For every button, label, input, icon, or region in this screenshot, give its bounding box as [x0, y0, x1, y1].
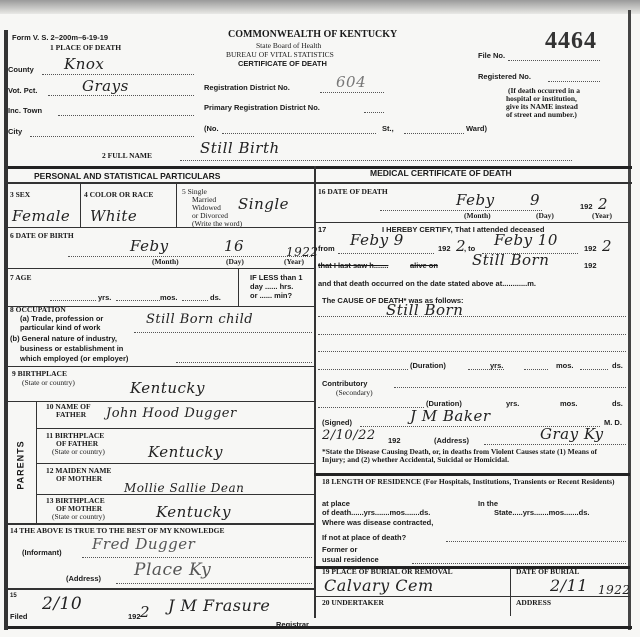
mother-name-label-2: OF MOTHER: [56, 475, 102, 483]
physician-address-label: (Address): [434, 437, 469, 445]
secondary-label: (Secondary): [336, 389, 373, 397]
father-name-label-2: FATHER: [56, 411, 86, 419]
to-year-prefix: 192: [584, 245, 597, 253]
father-birthplace-label-3: (State or country): [52, 448, 105, 456]
parents-label: PARENTS: [16, 440, 26, 489]
dod-year-prefix: 192: [580, 203, 593, 211]
scan-edge: [0, 0, 640, 14]
alive-on-label: alive on: [410, 262, 438, 270]
of-death-duration: of death......yrs.......mos.......ds.: [322, 509, 430, 517]
age-label: 7 AGE: [10, 274, 31, 282]
burial-date-value: 2/11: [550, 578, 588, 594]
occupation-b-label: (b) General nature of industry,: [10, 335, 117, 343]
filed-year-suffix: 2: [140, 604, 150, 620]
birthplace-label: 9 BIRTHPLACE: [12, 370, 67, 378]
from-date: Feby 9: [350, 232, 404, 248]
age-mos-label: mos.: [160, 294, 178, 302]
burial-place-label: 19 PLACE OF BURIAL OR REMOVAL: [322, 568, 453, 576]
burial-date-label: DATE OF BURIAL: [516, 568, 579, 576]
date-of-death-label: 16 DATE OF DEATH: [318, 188, 388, 196]
to-date: Feby 10: [494, 232, 558, 248]
undertaker-address-label: ADDRESS: [516, 599, 551, 607]
sex-label: 3 SEX: [10, 191, 30, 199]
birthplace-sub: (State or country): [22, 379, 75, 387]
to-year-suffix: 2: [602, 238, 612, 254]
filed-label: Filed: [10, 613, 28, 621]
dod-year-suffix: 2: [598, 196, 608, 212]
street-no-label: (No.: [204, 125, 219, 133]
alive-on-value: Still Born: [472, 252, 549, 268]
in-the-label: In the: [478, 500, 498, 508]
cause-footnote: *State the Disease Causing Death, or, in…: [322, 448, 622, 464]
alive-year-prefix: 192: [584, 262, 597, 270]
occupation-value: Still Born child: [146, 312, 253, 328]
registration-district-value: 604: [336, 74, 366, 90]
signed-year-prefix: 192: [388, 437, 401, 445]
mother-birthplace-label-3: (State or country): [52, 513, 105, 521]
md-label: M. D.: [604, 419, 622, 427]
from-year-prefix: 192: [438, 245, 451, 253]
former-label: Former or: [322, 546, 357, 554]
race-label: 4 COLOR OR RACE: [84, 191, 153, 199]
age-ds-label: ds.: [210, 294, 221, 302]
personal-section-heading: PERSONAL AND STATISTICAL PARTICULARS: [34, 171, 220, 181]
county-label: County: [8, 66, 34, 74]
father-name-value: John Hood Dugger: [106, 406, 237, 422]
dod-year-caption: (Year): [592, 212, 612, 220]
sex-value: Female: [12, 208, 70, 224]
occupation-a-label-2: particular kind of work: [20, 324, 100, 332]
burial-place-value: Calvary Cem: [324, 578, 434, 594]
full-name-label: 2 FULL NAME: [102, 152, 152, 160]
certificate-title: CERTIFICATE OF DEATH: [238, 60, 327, 68]
dob-month: Feby: [130, 238, 169, 254]
dob-month-caption: (Month): [152, 258, 179, 266]
contributory-yrs-label: yrs.: [506, 400, 519, 408]
contributory-ds-label: ds.: [612, 400, 623, 408]
street-label: St.,: [382, 125, 394, 133]
file-no-label: File No.: [478, 52, 505, 60]
occupation-b-label-3: which employed (or employer): [20, 355, 128, 363]
mother-birthplace-value: Kentucky: [156, 504, 231, 520]
registered-no-label: Registered No.: [478, 73, 531, 81]
bureau-name: BUREAU OF VITAL STATISTICS: [226, 51, 334, 59]
occupation-b-label-2: business or establishment in: [20, 345, 123, 353]
physician-address: Gray Ky: [540, 426, 604, 442]
duration-mos-label: mos.: [556, 362, 574, 370]
primary-registration-label: Primary Registration District No.: [204, 104, 320, 112]
form-id: Form V. S. 2–200m–6-19-19: [12, 34, 108, 42]
dod-month-caption: (Month): [464, 212, 491, 220]
contributory-label: Contributory: [322, 380, 367, 388]
vot-pct-value: Grays: [82, 78, 129, 94]
registrar-signature: J M Frasure: [168, 598, 270, 614]
occupation-a-label: (a) Trade, profession or: [20, 315, 103, 323]
filed-date: 2/10: [42, 596, 82, 612]
occurred-text: and that death occurred on the date stat…: [318, 280, 536, 288]
from-label: from: [318, 245, 335, 253]
father-birthplace-value: Kentucky: [148, 444, 223, 460]
form-title: COMMONWEALTH OF KENTUCKY: [228, 30, 397, 40]
dob-day-caption: (Day): [226, 258, 244, 266]
duration-label: (Duration): [410, 362, 446, 370]
registration-district-label: Registration District No.: [204, 84, 290, 92]
signed-date: 2/10/22: [322, 428, 376, 444]
scan-border-left: [4, 30, 8, 630]
county-value: Knox: [64, 56, 104, 72]
informant-address-label: (Address): [66, 575, 101, 583]
dod-day-caption: (Day): [536, 212, 554, 220]
ward-label: Ward): [466, 125, 487, 133]
race-value: White: [90, 208, 137, 224]
dod-day: 9: [530, 192, 540, 208]
inc-town-label: Inc. Town: [8, 107, 42, 115]
medical-section-heading: MEDICAL CERTIFICATE OF DEATH: [370, 168, 512, 178]
if-less-label: IF LESS than 1: [250, 274, 303, 282]
place-of-death-heading: 1 PLACE OF DEATH: [50, 44, 121, 52]
birthplace-value: Kentucky: [130, 380, 205, 396]
death-certificate: Form V. S. 2–200m–6-19-19 1 PLACE OF DEA…: [0, 0, 640, 637]
occupation-label: 8 OCCUPATION: [10, 306, 66, 314]
hospital-note-4: of street and number.): [506, 111, 577, 119]
certify-number: 17: [318, 226, 326, 234]
physician-signature: J M Baker: [410, 408, 491, 424]
undertaker-label: 20 UNDERTAKER: [322, 599, 384, 607]
marital-value: Single: [238, 196, 289, 212]
full-name-value: Still Birth: [200, 140, 280, 156]
scan-border-right: [628, 10, 631, 630]
signed-label: (Signed): [322, 419, 352, 427]
filed-number: 15: [10, 592, 17, 600]
board-name: State Board of Health: [256, 42, 321, 50]
residence-heading: 18 LENGTH OF RESIDENCE (For Hospitals, I…: [322, 477, 624, 486]
at-place-label: at place: [322, 500, 350, 508]
last-saw-label: that I last saw h.......: [318, 262, 388, 270]
informant-address-value: Place Ky: [134, 562, 211, 578]
day-hrs-label: day ...... hrs.: [250, 283, 293, 291]
duration-yrs-label: yrs.: [490, 362, 503, 370]
vot-pct-label: Vot. Pct.: [8, 87, 37, 95]
dob-label: 6 DATE OF BIRTH: [10, 232, 74, 240]
informant-heading: 14 THE ABOVE IS TRUE TO THE BEST OF MY K…: [10, 527, 225, 535]
contributory-mos-label: mos.: [560, 400, 578, 408]
usual-residence-label: usual residence: [322, 556, 379, 564]
if-not-label: If not at place of death?: [322, 534, 406, 542]
informant-value: Fred Dugger: [92, 536, 195, 552]
state-duration: State.....yrs.......mos.......ds.: [494, 509, 589, 517]
dob-day: 16: [224, 238, 244, 254]
city-label: City: [8, 128, 22, 136]
age-yrs-label: yrs.: [98, 294, 111, 302]
or-min-label: or ...... min?: [250, 292, 292, 300]
informant-label: (Informant): [22, 549, 62, 557]
dod-month: Feby: [456, 192, 495, 208]
file-number: 4464: [545, 28, 597, 55]
duration-ds-label: ds.: [612, 362, 623, 370]
dob-year-caption: (Year): [284, 258, 304, 266]
where-contracted-label: Where was disease contracted,: [322, 519, 433, 527]
filed-year-prefix: 192: [128, 613, 141, 621]
